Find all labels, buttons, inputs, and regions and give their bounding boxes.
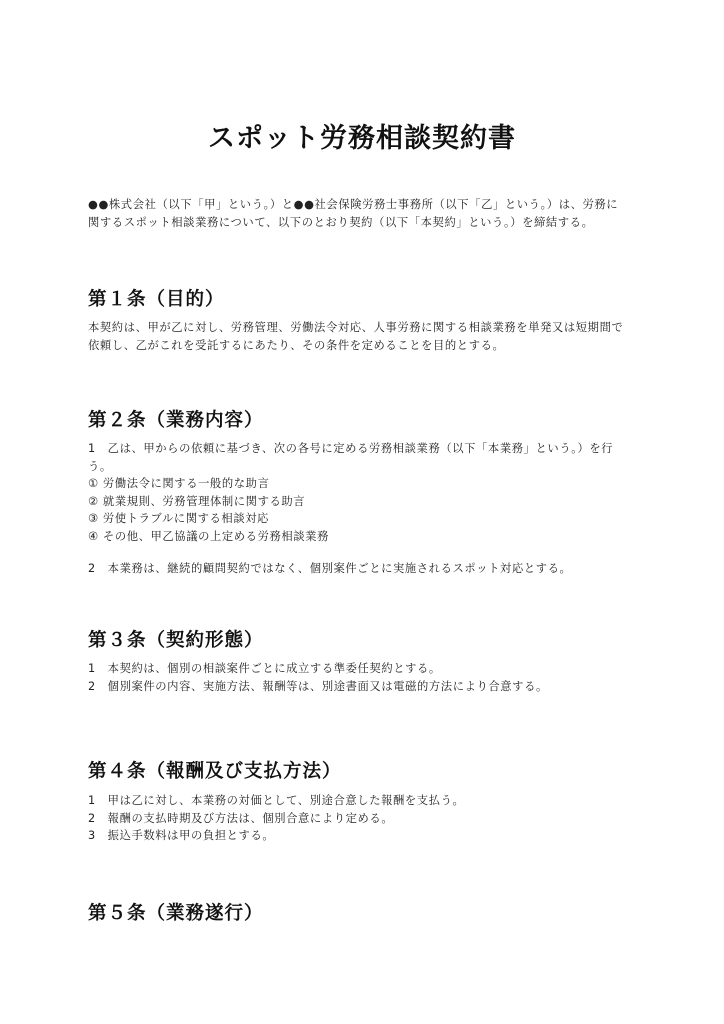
article-4-heading: 第４条（報酬及び支払方法） xyxy=(88,757,342,783)
document-page: スポット労務相談契約書 ●●株式会社（以下「甲」という。）と●●社会保険労務士事… xyxy=(0,0,724,1024)
list-item: ④ その他、甲乙協議の上定める労務相談業務 xyxy=(88,528,648,546)
article-5-heading: 第５条（業務遂行） xyxy=(88,899,264,925)
intro-line: 関するスポット相談業務について、以下のとおり契約（以下「本契約」という。）を締結… xyxy=(88,214,648,232)
article-3-body: 1 本契約は、個別の相談案件ごとに成立する準委任契約とする。 2 個別案件の内容… xyxy=(88,660,648,695)
article-line: 1 本契約は、個別の相談案件ごとに成立する準委任契約とする。 xyxy=(88,660,648,678)
article-line: う。 xyxy=(88,458,648,476)
intro-paragraph: ●●株式会社（以下「甲」という。）と●●社会保険労務士事務所（以下「乙」という。… xyxy=(88,196,648,231)
article-line: 依頼し、乙がこれを受託するにあたり、その条件を定めることを目的とする。 xyxy=(88,337,648,355)
article-line: 2 本業務は、継続的顧問契約ではなく、個別案件ごとに実施されるスポット対応とする… xyxy=(88,560,648,578)
document-title: スポット労務相談契約書 xyxy=(0,116,724,155)
article-line: 本契約は、甲が乙に対し、労務管理、労働法令対応、人事労務に関する相談業務を単発又… xyxy=(88,319,648,337)
article-1-body: 本契約は、甲が乙に対し、労務管理、労働法令対応、人事労務に関する相談業務を単発又… xyxy=(88,319,648,354)
article-line: 1 甲は乙に対し、本業務の対価として、別途合意した報酬を支払う。 xyxy=(88,792,648,810)
intro-line: ●●株式会社（以下「甲」という。）と●●社会保険労務士事務所（以下「乙」という。… xyxy=(88,196,648,214)
article-3-heading: 第３条（契約形態） xyxy=(88,626,264,652)
list-item: ① 労働法令に関する一般的な助言 xyxy=(88,475,648,493)
list-item: ② 就業規則、労務管理体制に関する助言 xyxy=(88,493,648,511)
article-4-body: 1 甲は乙に対し、本業務の対価として、別途合意した報酬を支払う。 2 報酬の支払… xyxy=(88,792,648,845)
article-line: 1 乙は、甲からの依頼に基づき、次の各号に定める労務相談業務（以下「本業務」とい… xyxy=(88,440,648,458)
article-line: 2 個別案件の内容、実施方法、報酬等は、別途書面又は電磁的方法により合意する。 xyxy=(88,678,648,696)
article-2-body-2: 2 本業務は、継続的顧問契約ではなく、個別案件ごとに実施されるスポット対応とする… xyxy=(88,560,648,578)
article-2-heading: 第２条（業務内容） xyxy=(88,406,264,432)
list-item: ③ 労使トラブルに関する相談対応 xyxy=(88,510,648,528)
article-2-body: 1 乙は、甲からの依頼に基づき、次の各号に定める労務相談業務（以下「本業務」とい… xyxy=(88,440,648,545)
article-1-heading: 第１条（目的） xyxy=(88,285,225,311)
article-line: 2 報酬の支払時期及び方法は、個別合意により定める。 xyxy=(88,810,648,828)
article-line: 3 振込手数料は甲の負担とする。 xyxy=(88,827,648,845)
